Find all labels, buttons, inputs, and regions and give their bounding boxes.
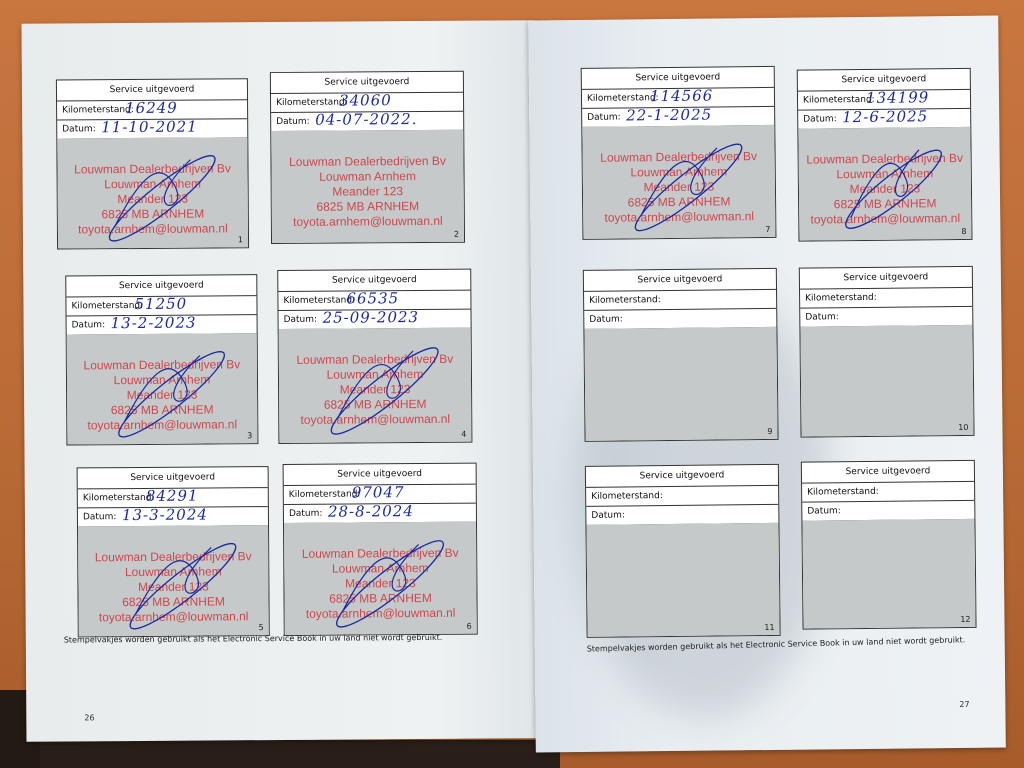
date-value: 04-07-2022. bbox=[315, 110, 417, 129]
stamp-line: toyota.arnhem@louwman.nl bbox=[583, 209, 775, 226]
km-row: Kilometerstand: bbox=[802, 482, 974, 503]
km-label: Kilometerstand: bbox=[803, 95, 875, 106]
km-label: Kilometerstand: bbox=[589, 295, 661, 306]
stamp-line: toyota.arnhem@louwman.nl bbox=[285, 606, 477, 622]
right-page: Service uitgevoerd Kilometerstand: 11456… bbox=[528, 16, 1006, 753]
stamp-line: Louwman Arnhem bbox=[67, 372, 257, 388]
date-label: Datum: bbox=[807, 506, 841, 516]
box-number: 12 bbox=[960, 615, 970, 624]
date-value: 13-2-2023 bbox=[111, 314, 197, 333]
box-number: 4 bbox=[461, 430, 466, 439]
box-title: Service uitgevoerd bbox=[800, 267, 972, 290]
stamp-area: Louwman Dealerbedrijven Bv Louwman Arnhe… bbox=[582, 125, 775, 239]
km-label: Kilometerstand: bbox=[62, 105, 134, 116]
stamp-line: toyota.arnhem@louwman.nl bbox=[279, 412, 471, 428]
dealer-stamp: Louwman Dealerbedrijven Bv Louwman Arnhe… bbox=[279, 352, 472, 428]
date-label: Datum: bbox=[587, 113, 621, 123]
service-entry-box: Service uitgevoerd Kilometerstand: Datum… bbox=[799, 266, 975, 438]
stamp-line: Louwman Arnhem bbox=[58, 176, 248, 192]
service-entry-box: Service uitgevoerd Kilometerstand: 16249… bbox=[56, 78, 249, 249]
stamp-line: toyota.arnhem@louwman.nl bbox=[79, 609, 269, 625]
date-value: 25-09-2023 bbox=[322, 308, 419, 327]
stamp-line: 6825 MB ARNHEM bbox=[279, 397, 471, 413]
date-label: Datum: bbox=[591, 510, 625, 520]
stamp-line: Meander 123 bbox=[279, 382, 471, 398]
stamp-line: toyota.arnhem@louwman.nl bbox=[799, 211, 971, 228]
stamp-area: Louwman Dealerbedrijven Bv Louwman Arnhe… bbox=[57, 137, 248, 248]
stamp-line: toyota.arnhem@louwman.nl bbox=[272, 214, 464, 230]
km-label: Kilometerstand: bbox=[289, 489, 361, 500]
stamp-line: 6825 MB ARNHEM bbox=[78, 594, 268, 610]
date-value: 28-8-2024 bbox=[328, 502, 414, 521]
service-entry-box: Service uitgevoerd Kilometerstand: 11456… bbox=[581, 66, 777, 240]
service-entry-box: Service uitgevoerd Kilometerstand: Datum… bbox=[801, 460, 977, 630]
box-title: Service uitgevoerd bbox=[802, 461, 974, 484]
date-label: Datum: bbox=[276, 117, 310, 127]
km-value: 51250 bbox=[134, 295, 187, 313]
stamp-area: Louwman Dealerbedrijven Bv Louwman Arnhe… bbox=[798, 127, 971, 241]
km-value: 97047 bbox=[352, 483, 405, 501]
box-number: 11 bbox=[764, 623, 774, 632]
stamp-line: Louwman Arnhem bbox=[284, 561, 476, 577]
km-value: 134199 bbox=[866, 88, 929, 107]
km-value: 16249 bbox=[125, 99, 178, 117]
km-row: Kilometerstand: bbox=[584, 290, 776, 311]
date-label: Datum: bbox=[589, 315, 623, 325]
dealer-stamp: Louwman Dealerbedrijven Bv Louwman Arnhe… bbox=[284, 546, 477, 622]
stamp-line: Louwman Dealerbedrijven Bv bbox=[67, 357, 257, 373]
date-label: Datum: bbox=[284, 315, 318, 325]
km-label: Kilometerstand: bbox=[83, 493, 155, 504]
stamp-line: 6825 MB ARNHEM bbox=[272, 199, 464, 215]
stamp-area: 9 bbox=[584, 327, 777, 441]
page-number: 26 bbox=[84, 713, 94, 722]
box-number: 5 bbox=[259, 623, 264, 632]
box-number: 8 bbox=[961, 227, 966, 236]
stamp-line: Meander 123 bbox=[67, 387, 257, 403]
date-label: Datum: bbox=[803, 114, 837, 124]
km-label: Kilometerstand: bbox=[591, 491, 663, 502]
stamp-line: Meander 123 bbox=[284, 576, 476, 592]
km-value: 84291 bbox=[146, 487, 199, 505]
service-entry-box: Service uitgevoerd Kilometerstand: Datum… bbox=[583, 268, 779, 442]
box-title: Service uitgevoerd bbox=[584, 269, 776, 292]
date-value: 12-6-2025 bbox=[842, 107, 928, 126]
dealer-stamp: Louwman Dealerbedrijven Bv Louwman Arnhe… bbox=[271, 154, 464, 230]
stamp-line: 6825 MB ARNHEM bbox=[284, 591, 476, 607]
date-label: Datum: bbox=[289, 509, 323, 519]
date-value: 11-10-2021 bbox=[101, 118, 198, 137]
stamp-area: 11 bbox=[586, 523, 779, 637]
box-title: Service uitgevoerd bbox=[586, 465, 778, 488]
stamp-area: 12 bbox=[802, 519, 975, 629]
service-entry-box: Service uitgevoerd Kilometerstand: 97047… bbox=[283, 463, 478, 636]
service-entry-box: Service uitgevoerd Kilometerstand: 51250… bbox=[65, 274, 258, 445]
km-row: Kilometerstand: bbox=[586, 486, 778, 507]
stamp-line: toyota.arnhem@louwman.nl bbox=[58, 221, 248, 237]
box-number: 10 bbox=[958, 423, 968, 432]
date-value: 13-3-2024 bbox=[122, 506, 208, 525]
dealer-stamp: Louwman Dealerbedrijven Bv Louwman Arnhe… bbox=[57, 161, 248, 237]
footer-note: Stempelvakjes worden gebruikt als het El… bbox=[64, 633, 443, 645]
km-value: 114566 bbox=[650, 87, 713, 106]
dealer-stamp: Louwman Dealerbedrijven Bv Louwman Arnhe… bbox=[583, 149, 776, 226]
left-page: Service uitgevoerd Kilometerstand: 16249… bbox=[21, 20, 538, 742]
service-entry-box: Service uitgevoerd Kilometerstand: 66535… bbox=[277, 269, 472, 444]
stamp-line: 6825 MB ARNHEM bbox=[58, 206, 248, 222]
km-label: Kilometerstand: bbox=[807, 487, 879, 498]
stamp-line: Meander 123 bbox=[78, 579, 268, 595]
stamp-area: Louwman Dealerbedrijven Bv Louwman Arnhe… bbox=[279, 328, 472, 443]
stamp-line: Meander 123 bbox=[272, 184, 464, 200]
stamp-line: 6825 MB ARNHEM bbox=[67, 402, 257, 418]
km-value: 34060 bbox=[339, 91, 392, 109]
km-row: Kilometerstand: bbox=[800, 288, 972, 309]
dealer-stamp: Louwman Dealerbedrijven Bv Louwman Arnhe… bbox=[78, 549, 269, 625]
km-value: 66535 bbox=[346, 289, 399, 307]
stamp-area: Louwman Dealerbedrijven Bv Louwman Arnhe… bbox=[78, 525, 269, 636]
stamp-line: Meander 123 bbox=[58, 191, 248, 207]
stamp-line: Louwman Dealerbedrijven Bv bbox=[583, 149, 775, 166]
date-label: Datum: bbox=[805, 312, 839, 322]
stamp-line: Louwman Arnhem bbox=[78, 564, 268, 580]
stamp-area: 10 bbox=[800, 325, 973, 437]
km-label: Kilometerstand: bbox=[283, 295, 355, 306]
date-label: Datum: bbox=[72, 320, 106, 330]
service-entry-box: Service uitgevoerd Kilometerstand: 84291… bbox=[77, 466, 270, 637]
stamp-area: Louwman Dealerbedrijven Bv Louwman Arnhe… bbox=[67, 333, 258, 444]
stamp-area: Louwman Dealerbedrijven Bv Louwman Arnhe… bbox=[271, 130, 464, 243]
stamp-line: Louwman Arnhem bbox=[272, 169, 464, 185]
box-number: 3 bbox=[247, 431, 252, 440]
dealer-stamp: Louwman Dealerbedrijven Bv Louwman Arnhe… bbox=[67, 357, 258, 433]
stamp-line: Louwman Dealerbedrijven Bv bbox=[78, 549, 268, 565]
stamp-line: Louwman Dealerbedrijven Bv bbox=[799, 151, 971, 168]
km-label: Kilometerstand: bbox=[805, 293, 877, 304]
table-shadow-bottom bbox=[40, 740, 560, 768]
stamp-line: Louwman Dealerbedrijven Bv bbox=[57, 161, 247, 177]
box-number: 7 bbox=[765, 225, 770, 234]
stamp-line: Louwman Dealerbedrijven Bv bbox=[271, 154, 463, 170]
km-label: Kilometerstand: bbox=[71, 301, 143, 312]
date-label: Datum: bbox=[83, 512, 117, 522]
dealer-stamp: Louwman Dealerbedrijven Bv Louwman Arnhe… bbox=[799, 151, 972, 228]
date-value: 22-1-2025 bbox=[626, 106, 712, 125]
stamp-line: Louwman Dealerbedrijven Bv bbox=[279, 352, 471, 368]
stamp-area: Louwman Dealerbedrijven Bv Louwman Arnhe… bbox=[284, 522, 477, 635]
km-label: Kilometerstand: bbox=[587, 93, 659, 104]
km-label: Kilometerstand: bbox=[276, 98, 348, 109]
date-label: Datum: bbox=[62, 124, 96, 134]
service-entry-box: Service uitgevoerd Kilometerstand: Datum… bbox=[585, 464, 781, 638]
box-number: 9 bbox=[767, 427, 772, 436]
box-number: 1 bbox=[238, 235, 243, 244]
stamp-line: toyota.arnhem@louwman.nl bbox=[67, 417, 257, 433]
service-entry-box: Service uitgevoerd Kilometerstand: 13419… bbox=[797, 68, 973, 242]
page-number: 27 bbox=[959, 700, 969, 709]
stamp-line: Louwman Dealerbedrijven Bv bbox=[284, 546, 476, 562]
box-number: 6 bbox=[467, 622, 472, 631]
box-number: 2 bbox=[454, 230, 459, 239]
service-entry-box: Service uitgevoerd Kilometerstand: 34060… bbox=[270, 71, 465, 244]
stamp-line: Louwman Arnhem bbox=[279, 367, 471, 383]
